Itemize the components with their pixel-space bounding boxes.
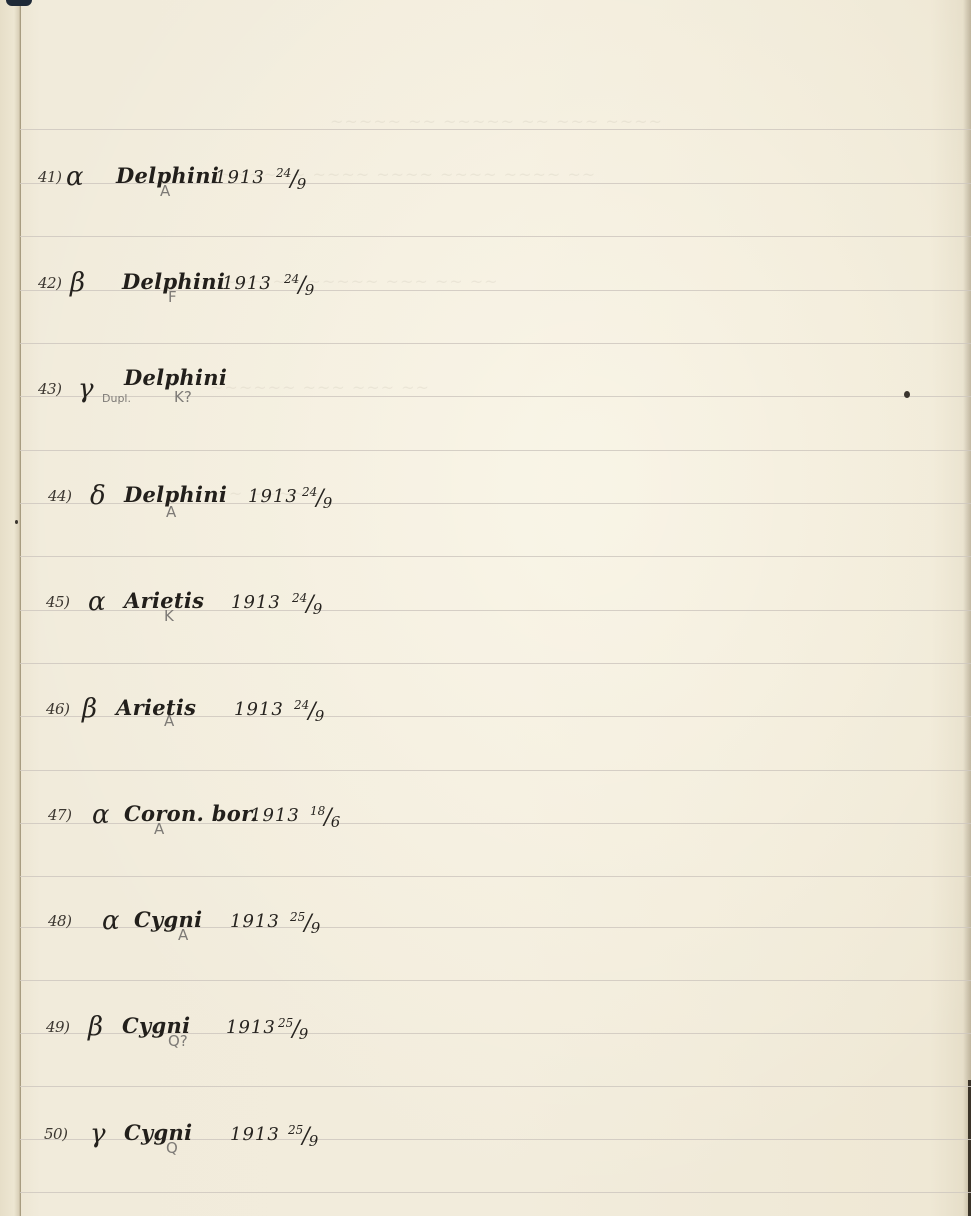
star-name: Coron. bor. (124, 801, 258, 826)
observation-year: 1913 (226, 1017, 276, 1038)
page-spine (0, 0, 21, 1216)
entry-number: 44) (48, 487, 71, 505)
star-name: Cygni (124, 1120, 192, 1145)
entry-44: 44) δ Delphini 1913 24/9 A (38, 465, 358, 515)
observation-year: 1913 (215, 167, 265, 188)
entry-49: 49) β Cygni 1913 25/9 Q? (38, 996, 358, 1046)
binding-edge (6, 0, 32, 6)
observation-date: 24/9 (302, 486, 332, 511)
spectral-class-annotation: F (168, 288, 177, 306)
greek-letter: γ (90, 1121, 106, 1147)
spectral-class-annotation: A (160, 182, 170, 200)
show-through-text: ~~~~~ ~~ ~~~~~ ~~ ~~~ ~~~~ (330, 112, 663, 131)
observation-date: 25/9 (288, 1124, 318, 1149)
ruled-line (20, 663, 971, 664)
greek-letter: δ (90, 483, 106, 509)
ruled-line (20, 1192, 971, 1193)
star-name: Delphini (124, 365, 227, 390)
entry-45: 45) α Arietis 1913 24/9 K (38, 571, 358, 621)
observation-date: 25/9 (278, 1017, 308, 1042)
entry-number: 46) (46, 700, 69, 718)
spectral-class-annotation: A (154, 820, 164, 838)
observation-year: 1913 (234, 699, 284, 720)
observation-year: 1913 (231, 592, 281, 613)
observation-year: 1913 (248, 486, 298, 507)
ruled-line (20, 980, 971, 981)
entry-46: 46) β Arietis 1913 24/9 A (38, 678, 358, 728)
spectral-class-annotation: Q? (168, 1032, 188, 1050)
spectral-class-annotation: A (178, 926, 188, 944)
entry-43: 43) γ Delphini Dupl. K? (38, 358, 358, 408)
entry-number: 43) (38, 380, 61, 398)
star-name: Cygni (134, 907, 202, 932)
ruled-line (20, 236, 971, 237)
ruled-line (20, 1086, 971, 1087)
star-name: Arietis (116, 695, 196, 720)
greek-letter: β (70, 270, 85, 296)
observation-year: 1913 (250, 805, 300, 826)
entry-50: 50) γ Cygni 1913 25/9 Q (38, 1103, 358, 1153)
entry-47: 47) α Coron. bor. 1913 18/6 A (38, 784, 358, 834)
observation-year: 1913 (230, 1124, 280, 1145)
ruled-line (20, 876, 971, 877)
entry-number: 50) (44, 1125, 67, 1143)
ruled-line (20, 450, 971, 451)
greek-letter: β (88, 1014, 103, 1040)
spectral-class-annotation: Q (166, 1139, 178, 1157)
entry-number: 49) (46, 1018, 69, 1036)
observation-date: 25/9 (290, 911, 320, 936)
observation-date: 24/9 (276, 167, 306, 192)
observation-date: 24/9 (294, 699, 324, 724)
spectral-class-annotation: A (166, 503, 176, 521)
entry-41: 41) α Delphini 1913 24/9 A (38, 146, 358, 196)
notebook-page: ~~~~~ ~~ ~~~~~ ~~ ~~~ ~~~~ ~~~~~~ ~~~~ ~… (0, 0, 971, 1216)
ink-speck (15, 520, 18, 524)
observation-year: 1913 (222, 273, 272, 294)
observation-date: 24/9 (284, 273, 314, 298)
entry-number: 47) (48, 806, 71, 824)
entry-42: 42) β Delphini 1913 24/9 F (38, 252, 358, 302)
observation-date: 18/6 (310, 805, 340, 830)
duplicate-note: Dupl. (102, 392, 131, 405)
spectral-class-annotation: A (164, 712, 174, 730)
ruled-line (20, 343, 971, 344)
ruled-line (20, 556, 971, 557)
entry-number: 41) (38, 168, 61, 186)
greek-letter: α (102, 908, 120, 934)
greek-letter: β (82, 696, 97, 722)
ink-speck (904, 391, 910, 398)
entry-number: 45) (46, 593, 69, 611)
spectral-class-annotation: K (164, 607, 174, 625)
greek-letter: α (66, 164, 84, 190)
greek-letter: α (88, 589, 106, 615)
observation-date: 24/9 (292, 592, 322, 617)
ruled-line (20, 770, 971, 771)
spectral-class-annotation: K? (174, 388, 192, 406)
greek-letter: α (92, 802, 110, 828)
entry-number: 42) (38, 274, 61, 292)
greek-letter: γ (78, 376, 94, 402)
entry-48: 48) α Cygni 1913 25/9 A (38, 890, 358, 940)
observation-year: 1913 (230, 911, 280, 932)
entry-number: 48) (48, 912, 71, 930)
